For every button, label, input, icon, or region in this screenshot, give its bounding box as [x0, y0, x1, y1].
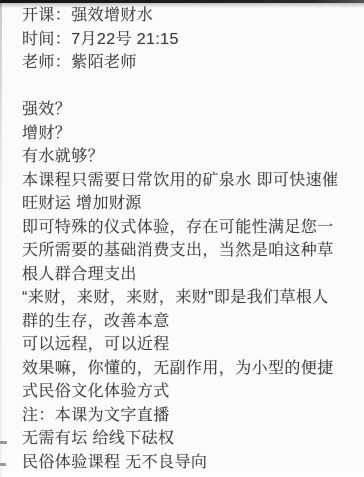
text-line: 可以远程，可以近程	[22, 333, 354, 357]
text-content: 开课：强效增财水 时间：7月22号 21:15 老师：紫陌老师 强效？ 增财？ …	[22, 4, 354, 474]
photo-edge-mark	[0, 441, 7, 444]
photo-edge-mark	[0, 463, 6, 466]
text-line: 天所需要的基础消费支出，当然是咱这种草	[22, 239, 354, 263]
text-line: 即可特殊的仪式体验，存在可能性满足您一	[22, 216, 354, 240]
text-line: “来财，来财，来财，来财”即是我们草根人	[22, 286, 354, 310]
text-line: 增财？	[22, 122, 354, 146]
text-line: 群的生存，改善本意	[22, 310, 354, 334]
photo-document-page: 开课：强效增财水 时间：7月22号 21:15 老师：紫陌老师 强效？ 增财？ …	[0, 0, 364, 477]
course-teacher-line: 老师：紫陌老师	[22, 51, 354, 75]
note-line: 注：本课为文字直播	[22, 404, 354, 428]
text-line: 民俗体验课程 无不良导向	[22, 451, 354, 475]
text-line: 无需有坛 给线下砝权	[22, 427, 354, 451]
text-line: 旺财运 增加财源	[22, 192, 354, 216]
text-line: 效果嘛，你懂的，无副作用，为小型的便捷	[22, 357, 354, 381]
text-line: 式民俗文化体验方式	[22, 380, 354, 404]
text-line: 强效？	[22, 98, 354, 122]
photo-left-edge-artifact	[0, 3, 2, 477]
course-title-line: 开课：强效增财水	[22, 4, 354, 28]
text-line: 本课程只需要日常饮用的矿泉水 即可快速催	[22, 169, 354, 193]
text-line: 有水就够？	[22, 145, 354, 169]
text-line: 根人群合理支出	[22, 263, 354, 287]
course-time-line: 时间：7月22号 21:15	[22, 28, 354, 52]
blank-line	[22, 75, 354, 99]
